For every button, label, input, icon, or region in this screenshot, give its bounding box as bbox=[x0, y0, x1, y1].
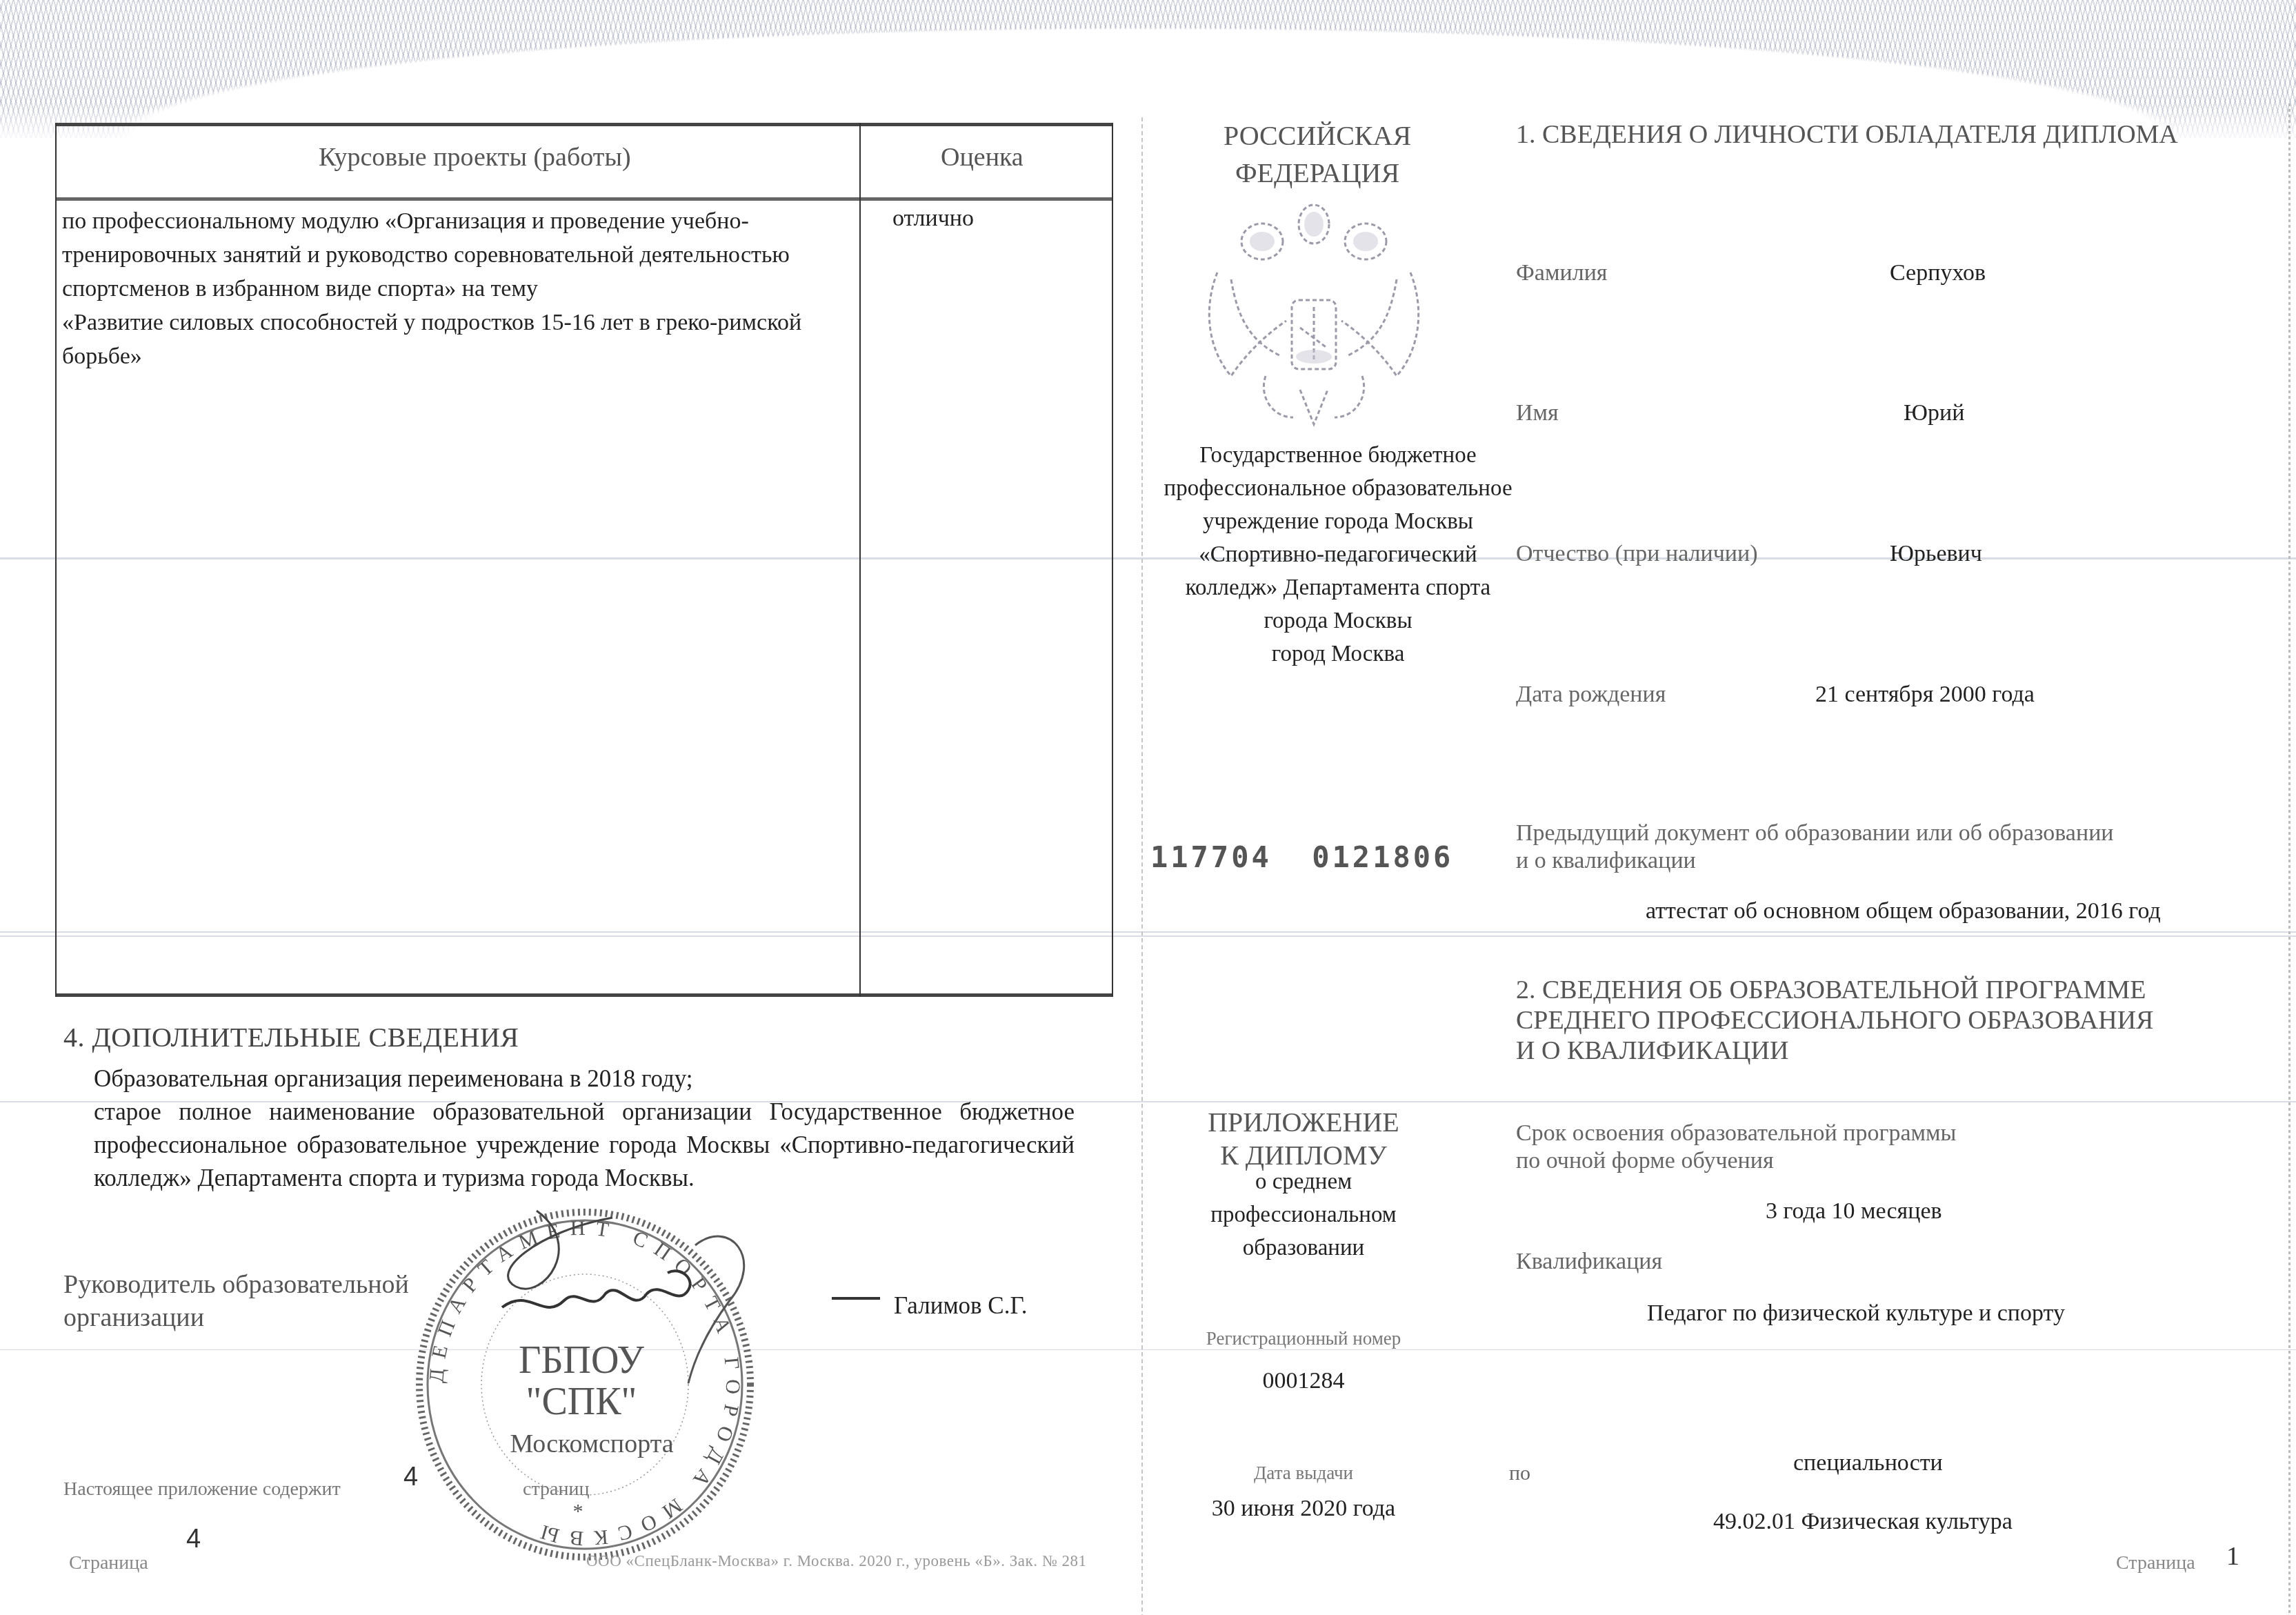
appendix-line: профессиональном bbox=[1166, 1198, 1441, 1231]
page-edge bbox=[2288, 103, 2290, 1615]
registration-number: 0001284 bbox=[1166, 1368, 1441, 1394]
pages-statement-label: Настоящее приложение содержит bbox=[63, 1478, 341, 1500]
appendix-line: образовании bbox=[1166, 1231, 1441, 1265]
coat-of-arms-eagle-icon bbox=[1190, 197, 1438, 431]
stamp-center-line1: ГБПОУ bbox=[519, 1339, 644, 1382]
project-line: тренировочных занятий и руководство соре… bbox=[62, 238, 855, 272]
previous-doc-label-line: и о квалификации bbox=[1516, 847, 2275, 875]
project-line: «Развитие силовых способностей у подрост… bbox=[62, 306, 855, 339]
official-stamp-icon: ДЕПАРТАМЕНТ СПОРТА ГОРОДА МОСКВЫ ГБПОУ "… bbox=[406, 1204, 764, 1563]
project-line: борьбе» bbox=[62, 339, 855, 373]
previous-doc-label-line: Предыдущий документ об образовании или о… bbox=[1516, 820, 2275, 847]
section2-title-line: СРЕДНЕГО ПРОФЕССИОНАЛЬНОГО ОБРАЗОВАНИЯ bbox=[1516, 1005, 2153, 1036]
org-line: колледж» Департамента спорта bbox=[1145, 571, 1531, 604]
course-projects-table: Курсовые проекты (работы) Оценка по проф… bbox=[55, 123, 1113, 997]
duration-label: Срок освоения образовательной программы … bbox=[1516, 1120, 1956, 1175]
section2-title: 2. СВЕДЕНИЯ ОБ ОБРАЗОВАТЕЛЬНОЙ ПРОГРАММЕ… bbox=[1516, 975, 2153, 1066]
project-line: по профессиональному модулю «Организация… bbox=[62, 204, 855, 238]
duration-label-line: Срок освоения образовательной программы bbox=[1516, 1120, 1956, 1147]
header-grade: Оценка bbox=[941, 142, 1024, 172]
serial-number: 117704 0121806 bbox=[1150, 840, 1453, 874]
printer-imprint: ООО «СпецБланк-Москва» г. Москва. 2020 г… bbox=[586, 1552, 1086, 1570]
section4-paragraph: Образовательная организация переименован… bbox=[94, 1062, 1075, 1096]
table-row: по профессиональному модулю «Организация… bbox=[62, 204, 855, 373]
previous-doc-value: аттестат об основном общем образовании, … bbox=[1646, 898, 2161, 924]
patronymic-label: Отчество (при наличии) bbox=[1516, 541, 1758, 567]
issue-date-label: Дата выдачи bbox=[1166, 1463, 1441, 1484]
previous-doc-label: Предыдущий документ об образовании или о… bbox=[1516, 820, 2275, 875]
stamp-center-line3: Москомспорта bbox=[510, 1429, 673, 1458]
org-line: город Москва bbox=[1145, 637, 1531, 671]
duration-label-line: по очной форме обучения bbox=[1516, 1147, 1956, 1175]
table-column-separator bbox=[859, 123, 861, 997]
appendix-line: о среднем bbox=[1166, 1165, 1441, 1198]
section2-title-line: 2. СВЕДЕНИЯ ОБ ОБРАЗОВАТЕЛЬНОЙ ПРОГРАММЕ bbox=[1516, 975, 2153, 1005]
specialty-label: специальности bbox=[1793, 1450, 1943, 1476]
org-line: города Москвы bbox=[1145, 604, 1531, 637]
stamp-center-line2: "СПК" bbox=[526, 1380, 637, 1423]
appendix-line: ПРИЛОЖЕНИЕ bbox=[1166, 1106, 1441, 1139]
section1-title: 1. СВЕДЕНИЯ О ЛИЧНОСТИ ОБЛАДАТЕЛЯ ДИПЛОМ… bbox=[1516, 119, 2178, 150]
org-line: Государственное бюджетное bbox=[1145, 439, 1531, 472]
patronymic-value: Юрьевич bbox=[1890, 541, 1982, 567]
page-number: 4 bbox=[186, 1525, 201, 1554]
duration-value: 3 года 10 месяцев bbox=[1766, 1198, 1942, 1225]
dob-label: Дата рождения bbox=[1516, 682, 1666, 708]
page-label: Страница bbox=[2116, 1552, 2195, 1574]
org-line: «Спортивно-педагогический bbox=[1145, 538, 1531, 571]
page-label: Страница bbox=[69, 1552, 148, 1574]
signatory-label-line: организации bbox=[63, 1301, 409, 1334]
name-value: Юрий bbox=[1904, 400, 1964, 426]
registration-label: Регистрационный номер bbox=[1166, 1328, 1441, 1349]
country-line: ФЕДЕРАЦИЯ bbox=[1200, 155, 1435, 192]
signatory-label: Руководитель образовательной организации bbox=[63, 1268, 409, 1334]
section4-title: 4. ДОПОЛНИТЕЛЬНЫЕ СВЕДЕНИЯ bbox=[63, 1021, 519, 1053]
org-line: профессиональное образовательное bbox=[1145, 472, 1531, 505]
country-line: РОССИЙСКАЯ bbox=[1200, 117, 1435, 155]
signature-mark bbox=[832, 1297, 880, 1300]
surname-value: Серпухов bbox=[1890, 260, 1986, 286]
page-fold bbox=[1141, 117, 1143, 1615]
issue-date-value: 30 июня 2020 года bbox=[1166, 1496, 1441, 1522]
scan-line bbox=[0, 1349, 2296, 1350]
org-line: учреждение города Москвы bbox=[1145, 505, 1531, 538]
table-header-border bbox=[57, 197, 1112, 201]
specialty-value: 49.02.01 Физическая культура bbox=[1713, 1509, 2013, 1535]
project-grade: отлично bbox=[892, 206, 974, 232]
pages-unit: страниц bbox=[523, 1478, 589, 1500]
qualification-label: Квалификация bbox=[1516, 1249, 1662, 1275]
organization-name: Государственное бюджетное профессиональн… bbox=[1145, 439, 1531, 671]
name-label: Имя bbox=[1516, 400, 1559, 426]
section4-body: Образовательная организация переименован… bbox=[94, 1062, 1075, 1195]
dob-value: 21 сентября 2000 года bbox=[1815, 682, 2035, 708]
appendix-title: ПРИЛОЖЕНИЕ К ДИПЛОМУ о среднем профессио… bbox=[1166, 1106, 1441, 1265]
qualification-value: Педагог по физической культуре и спорту bbox=[1647, 1300, 2065, 1327]
svg-text:*: * bbox=[573, 1500, 583, 1523]
surname-label: Фамилия bbox=[1516, 260, 1607, 286]
signatory-name: Галимов С.Г. bbox=[894, 1292, 1027, 1320]
table-bottom-border bbox=[57, 993, 1112, 997]
section2-title-line: И О КВАЛИФИКАЦИИ bbox=[1516, 1036, 2153, 1066]
po-label: по bbox=[1509, 1462, 1530, 1485]
country-title: РОССИЙСКАЯ ФЕДЕРАЦИЯ bbox=[1200, 117, 1435, 192]
header-course-projects: Курсовые проекты (работы) bbox=[319, 142, 631, 172]
project-line: спортсменов в избранном виде спорта» на … bbox=[62, 272, 855, 306]
table-top-border bbox=[57, 123, 1112, 126]
pages-count: 4 bbox=[403, 1463, 418, 1492]
section4-paragraph: старое полное наименование образовательн… bbox=[94, 1096, 1075, 1195]
page-number: 1 bbox=[2226, 1541, 2239, 1572]
signatory-label-line: Руководитель образовательной bbox=[63, 1268, 409, 1301]
